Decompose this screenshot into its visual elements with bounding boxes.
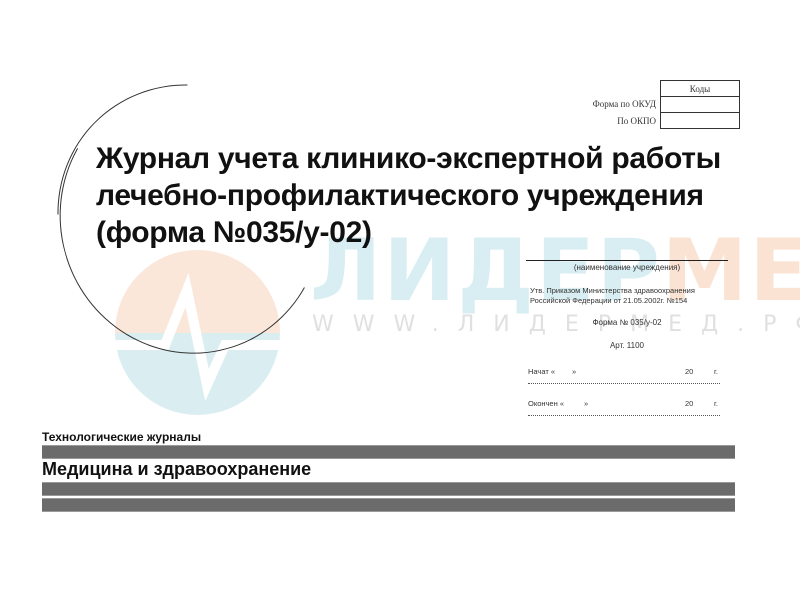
category-small: Технологические журналы <box>42 430 201 444</box>
okud-cell[interactable] <box>661 97 740 113</box>
divider-bar-2 <box>42 482 735 496</box>
divider-bar-3 <box>42 498 735 512</box>
end-date-row[interactable]: Окончен « » 20 г. <box>528 399 720 416</box>
form-number: Форма № 035/у-02 <box>526 318 728 327</box>
title-line-1: Журнал учета клинико-экспертной работы <box>96 140 721 177</box>
title-line-2: лечебно-профилактического учреждения <box>96 177 721 214</box>
okud-label: Форма по ОКУД <box>560 96 656 113</box>
codes-table: Коды <box>660 80 740 129</box>
institution-name-line[interactable] <box>526 260 728 261</box>
okpo-label: По ОКПО <box>560 113 656 130</box>
divider-bar-1 <box>42 445 735 459</box>
start-date-row[interactable]: Начат « » 20 г. <box>528 367 720 384</box>
codes-labels: Форма по ОКУД По ОКПО <box>560 96 656 130</box>
approval-text: Утв. Приказом Министерства здравоохранен… <box>530 286 695 306</box>
title-line-3: (форма №035/у-02) <box>96 214 721 251</box>
codes-header: Коды <box>661 81 740 97</box>
category-big: Медицина и здравоохранение <box>42 459 311 480</box>
article-number: Арт. 1100 <box>526 341 728 350</box>
okpo-cell[interactable] <box>661 113 740 129</box>
journal-title: Журнал учета клинико-экспертной работы л… <box>96 140 721 251</box>
institution-caption: (наименование учреждения) <box>526 263 728 272</box>
